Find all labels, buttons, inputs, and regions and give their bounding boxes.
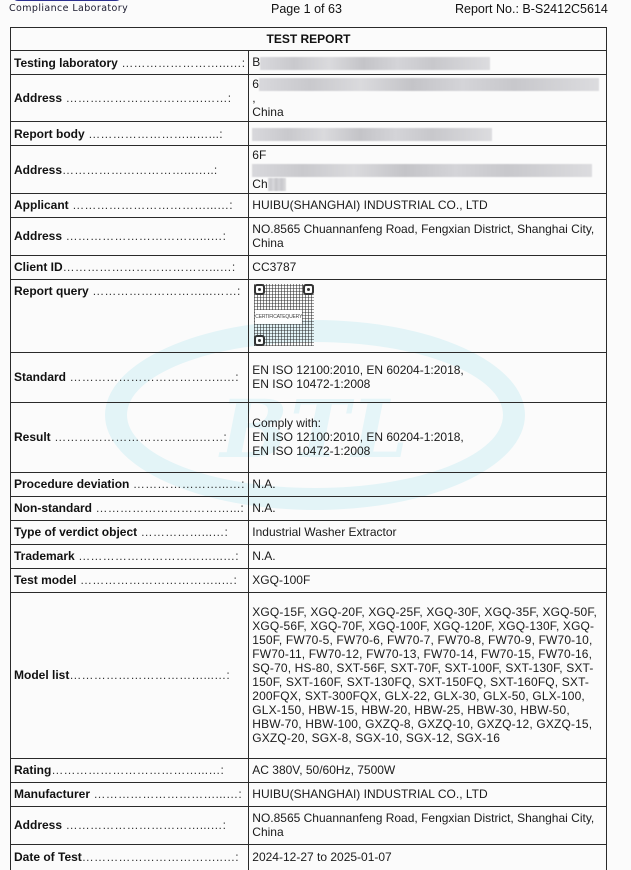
- table-row: Client ID………………………………...…: CC3787: [11, 255, 607, 279]
- row-label: Client ID………………………………...…:: [11, 255, 249, 279]
- table-row: Testing laboratory ……………………...…: B: [11, 51, 607, 75]
- report-title: TEST REPORT: [11, 28, 607, 51]
- standard-value: EN ISO 12100:2010, EN 60204-1:2018, EN I…: [249, 352, 607, 402]
- table-row: Address …………………………….……: 6 , China: [11, 75, 607, 122]
- table-row: Address ……………………………...…: NO.8565 Chuanna…: [11, 217, 607, 255]
- row-label: Address…………………………...…..:: [11, 146, 249, 194]
- row-label: Applicant ……………………………...…:: [11, 193, 249, 217]
- testing-laboratory-value: B: [249, 51, 607, 75]
- table-row: Result ……………………………...……: Comply with: EN…: [11, 402, 607, 472]
- logo-subtitle: Compliance Laboratory: [9, 3, 128, 14]
- redacted-text: [252, 128, 492, 141]
- qr-finder-icon: [254, 335, 265, 346]
- row-label: Rating………………………………...…:: [11, 758, 249, 782]
- redacted-text: [260, 57, 490, 70]
- applicant-address-value: NO.8565 Chuannanfeng Road, Fengxian Dist…: [249, 217, 607, 255]
- lab-address-value: 6 , China: [249, 75, 607, 122]
- row-label: Testing laboratory ……………………...…:: [11, 51, 249, 75]
- table-row: Report body ……………………...…...:: [11, 122, 607, 146]
- row-label: Result ……………………………...……:: [11, 402, 249, 472]
- redacted-text: [259, 78, 599, 91]
- qr-caption: CERTIFICATEQUERY: [255, 310, 302, 324]
- applicant-value: HUIBU(SHANGHAI) INDUSTRIAL CO., LTD: [249, 193, 607, 217]
- table-row: Rating………………………………...…: AC 380V, 50/60Hz…: [11, 758, 607, 782]
- verdict-object-value: Industrial Washer Extractor: [249, 520, 607, 544]
- table-row: Trademark ……………………………...…: N.A.: [11, 544, 607, 568]
- procedure-deviation-value: N.A.: [249, 472, 607, 496]
- report-body-address-value: 6F Ch: [249, 146, 607, 194]
- model-list-value: XGQ-15F, XGQ-20F, XGQ-25F, XGQ-30F, XGQ-…: [249, 592, 607, 758]
- report-number: Report No.: B-S2412C5614: [455, 2, 608, 16]
- trademark-value: N.A.: [249, 544, 607, 568]
- row-label: Manufacturer …………………………...…:: [11, 782, 249, 806]
- row-label: Date of Test……………………………..…:: [11, 844, 249, 870]
- qr-finder-icon: [254, 284, 265, 295]
- report-query-value: CERTIFICATEQUERY: [249, 279, 607, 352]
- row-label: Address ……………………………...…:: [11, 806, 249, 844]
- table-row: Manufacturer …………………………...…: HUIBU(SHANG…: [11, 782, 607, 806]
- manufacturer-value: HUIBU(SHANGHAI) INDUSTRIAL CO., LTD: [249, 782, 607, 806]
- lab-logo: [12, 0, 122, 1]
- result-value: Comply with: EN ISO 12100:2010, EN 60204…: [249, 402, 607, 472]
- table-row: Applicant ……………………………...…: HUIBU(SHANGHA…: [11, 193, 607, 217]
- row-label: Non-standard ……………………………...:: [11, 496, 249, 520]
- page-header: Compliance Laboratory Page 1 of 63 Repor…: [0, 0, 631, 20]
- non-standard-value: N.A.: [249, 496, 607, 520]
- table-row: Non-standard ……………………………...: N.A.: [11, 496, 607, 520]
- table-row: Date of Test……………………………..…: 2024-12-27 t…: [11, 844, 607, 870]
- row-label: Trademark ……………………………...…:: [11, 544, 249, 568]
- table-row: Procedure deviation …………………...…: N.A.: [11, 472, 607, 496]
- table-row: Report query ………………………...……: CERTIFICATE…: [11, 279, 607, 352]
- rating-value: AC 380V, 50/60Hz, 7500W: [249, 758, 607, 782]
- redacted-text: [252, 164, 592, 177]
- row-label: Procedure deviation …………………...…:: [11, 472, 249, 496]
- report-title-row: TEST REPORT: [11, 28, 607, 51]
- table-row: Model list……………………………...…: XGQ-15F, XGQ-…: [11, 592, 607, 758]
- test-model-value: XGQ-100F: [249, 568, 607, 592]
- report-body-value: [249, 122, 607, 146]
- date-of-test-value: 2024-12-27 to 2025-01-07: [249, 844, 607, 870]
- table-row: Address…………………………...…..: 6F Ch: [11, 146, 607, 194]
- redacted-text: [268, 178, 286, 191]
- row-label: Address ……………………………...…:: [11, 217, 249, 255]
- manufacturer-address-value: NO.8565 Chuannanfeng Road, Fengxian Dist…: [249, 806, 607, 844]
- table-row: Test model ……………………………..…: XGQ-100F: [11, 568, 607, 592]
- row-label: Report query ………………………...……:: [11, 279, 249, 352]
- qr-code-icon[interactable]: CERTIFICATEQUERY: [254, 284, 314, 346]
- row-label: Model list……………………………...…:: [11, 592, 249, 758]
- row-label: Type of verdict object ……………...…:: [11, 520, 249, 544]
- table-row: Standard ………………………………..…: EN ISO 12100:2…: [11, 352, 607, 402]
- client-id-value: CC3787: [249, 255, 607, 279]
- qr-finder-icon: [303, 284, 314, 295]
- test-report-table: TEST REPORT Testing laboratory …………………….…: [10, 27, 607, 870]
- row-label: Test model ……………………………..…:: [11, 568, 249, 592]
- row-label: Standard ………………………………..…:: [11, 352, 249, 402]
- table-row: Address ……………………………...…: NO.8565 Chuanna…: [11, 806, 607, 844]
- table-row: Type of verdict object ……………...…: Indust…: [11, 520, 607, 544]
- row-label: Address …………………………….……:: [11, 75, 249, 122]
- row-label: Report body ……………………...…...:: [11, 122, 249, 146]
- page-indicator: Page 1 of 63: [271, 2, 342, 16]
